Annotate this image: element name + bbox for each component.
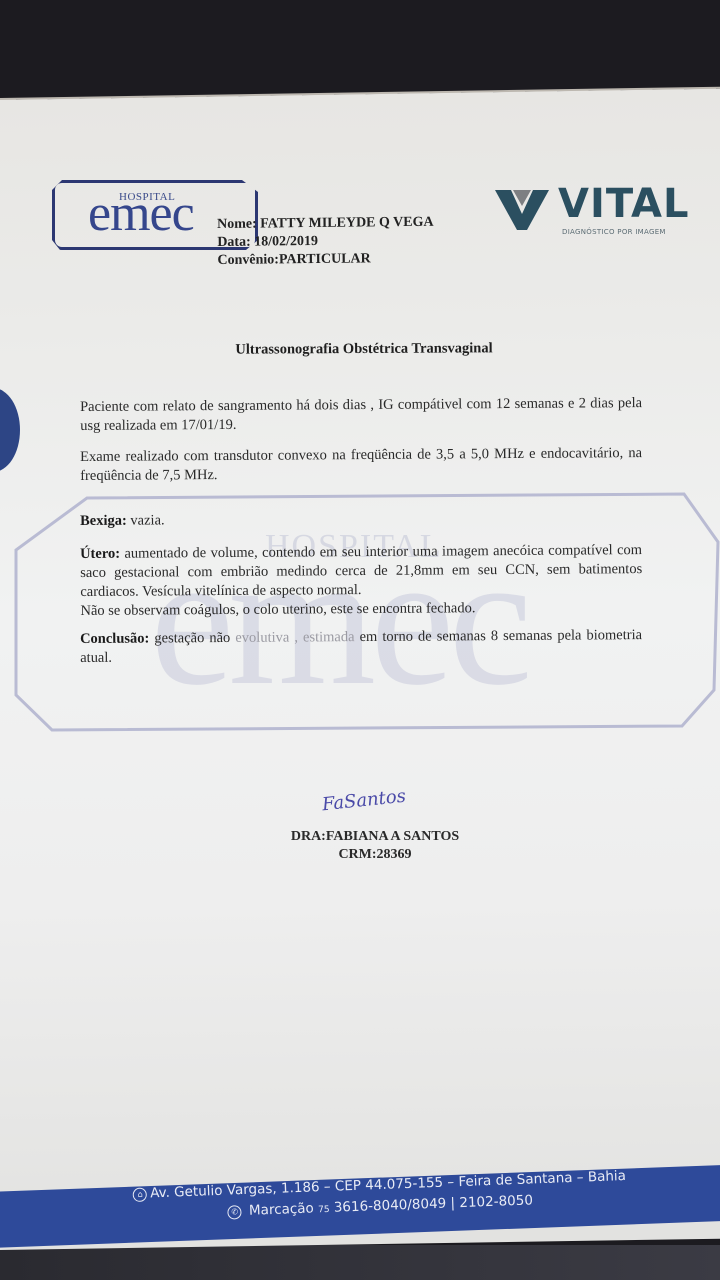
insurance-label: Convênio:: [217, 252, 279, 268]
home-icon: ⌂: [133, 1188, 148, 1203]
vital-logo-name: VITAL: [558, 182, 689, 226]
report-intro: Paciente com relato de sangramento há do…: [80, 394, 642, 436]
footer-phone-area: 75: [318, 1205, 330, 1215]
patient-name-row: Nome: FATTY MILEYDE Q VEGA: [217, 214, 434, 234]
doctor-name: DRA:FABIANA A SANTOS: [220, 828, 530, 846]
insurance-value: PARTICULAR: [279, 251, 371, 267]
conclusion-text-1: gestação não: [149, 630, 235, 647]
vital-logo-tagline: DIAGNÓSTICO POR IMAGEM: [562, 228, 666, 236]
conclusion-label: Conclusão:: [80, 631, 149, 647]
exam-date-label: Data:: [217, 235, 251, 250]
bladder-label: Bexiga:: [80, 513, 127, 529]
phone-icon: ✆: [228, 1205, 243, 1220]
vital-v-icon: [495, 184, 549, 234]
conclusion-text-faded: evolutiva , estimada: [235, 629, 354, 646]
exam-date-row: Data: 18/02/2019: [217, 232, 434, 252]
footer-phone-label: Marcação: [249, 1200, 314, 1218]
patient-name-label: Nome:: [217, 217, 257, 232]
exam-date-value: 18/02/2019: [254, 234, 318, 250]
uterus-label: Útero:: [80, 546, 120, 562]
uterus-text-2: Não se observam coágulos, o colo uterino…: [80, 598, 642, 621]
doctor-crm: CRM:28369: [220, 846, 530, 864]
background-surface: [0, 1245, 720, 1280]
signer-block: DRA:FABIANA A SANTOS CRM:28369: [220, 828, 530, 864]
footer-phones: 3616-8040/8049 | 2102-8050: [334, 1192, 534, 1215]
uterus-text: aumentado de volume, contendo em seu int…: [80, 542, 642, 600]
insurance-row: Convênio:PARTICULAR: [217, 250, 434, 270]
bladder-text: vazia.: [127, 512, 165, 528]
hospital-logo-name: emec: [88, 188, 194, 240]
vital-logo: VITAL DIAGNÓSTICO POR IMAGEM: [495, 182, 685, 242]
report-exam-method: Exame realizado com transdutor convexo n…: [80, 444, 642, 486]
patient-info: Nome: FATTY MILEYDE Q VEGA Data: 18/02/2…: [217, 214, 434, 270]
report-bladder: Bexiga: vazia.: [80, 508, 642, 531]
report-conclusion: Conclusão: gestação não evolutiva , esti…: [80, 626, 642, 668]
patient-name-value: FATTY MILEYDE Q VEGA: [260, 215, 433, 232]
report-uterus: Útero: aumentado de volume, contendo em …: [80, 541, 643, 621]
